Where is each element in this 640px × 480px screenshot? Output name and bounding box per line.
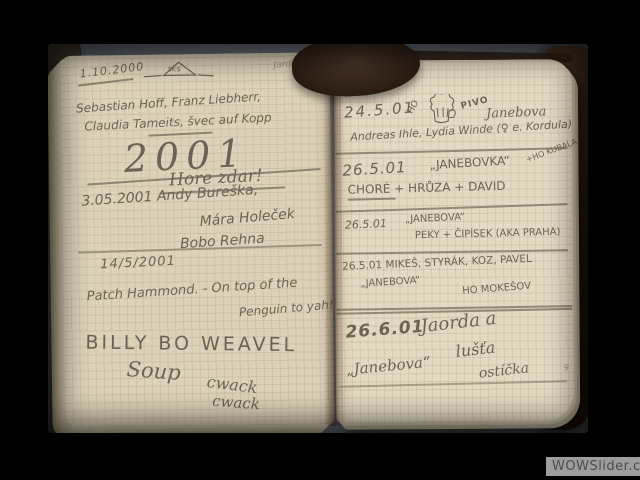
handwriting-date: 1.10.2000 — [79, 60, 145, 81]
handwriting-patch-2: Penguin to yah! — [238, 298, 334, 320]
page-number-mark: 9 — [564, 363, 569, 372]
watermark-link[interactable]: WOWSlider.com — [546, 457, 640, 476]
handwriting-e5-word3: ostíčka — [478, 360, 530, 382]
handwriting-date-14-5: 14/5/2001 — [100, 254, 176, 273]
beer-mug-doodle — [424, 94, 460, 128]
handwriting-e1-people: Andreas Ihle, Lydia Winde (♀ e. Kordula) — [350, 118, 573, 144]
right-page: 24.5.01 HO PIVO Janebova Andreas Ihle, L… — [334, 59, 575, 423]
handwriting-e3-people: PEKY + ČIPÍSEK (AKA PRAHA) — [415, 227, 561, 242]
handwriting-e4-title: „JANEBOVA“ — [360, 275, 421, 290]
handwriting-e4-dest: HO MOKEŠOV — [462, 281, 531, 297]
left-page: 1.10.2000 sks Jardou Sebastian Hoff, Fra… — [59, 52, 334, 428]
handwriting-cwack-2: cwack — [212, 392, 261, 413]
handwriting-entry-may-2: Mára Holeček — [199, 206, 295, 230]
handwriting-e2-date: 26.5.01 — [342, 158, 407, 180]
handwriting-e3-title: „JANEBOVA“ — [405, 212, 466, 226]
underline — [348, 198, 396, 201]
hand-drawn-rule — [336, 249, 568, 254]
handwriting-e5-title: „Janebova“ — [345, 353, 431, 379]
handwriting-e2-title: „JANEBOVKA“ — [429, 153, 510, 172]
sks-doodle-label: sks — [168, 64, 181, 73]
handwriting-e2-ho: +HO KUBALA — [525, 137, 578, 164]
sks-mountain-doodle: sks — [141, 58, 215, 83]
handwriting-e3-date: 26.5.01 — [345, 217, 388, 232]
handwriting-billy: BILLY BO WEAVEL — [85, 332, 297, 357]
handwriting-e4-line1: 26.5.01 MIKEŠ, STYRÁK, KOZ, PAVEL — [342, 253, 532, 273]
handwriting-e2-people: CHORÉ + HRŮZA + DAVID — [347, 179, 505, 197]
page-margin-line — [339, 61, 344, 423]
handwriting-e5-date: 26.6.01 — [345, 317, 425, 343]
hand-drawn-rule — [339, 380, 567, 387]
handwriting-e5-word2: lušťa — [455, 338, 496, 361]
handwriting-soup: Soup — [126, 357, 182, 385]
notebook-photo: 1.10.2000 sks Jardou Sebastian Hoff, Fra… — [48, 44, 588, 433]
handwriting-patch-1: Patch Hammond. - On top of the — [86, 276, 298, 305]
hand-drawn-rule — [336, 203, 568, 212]
